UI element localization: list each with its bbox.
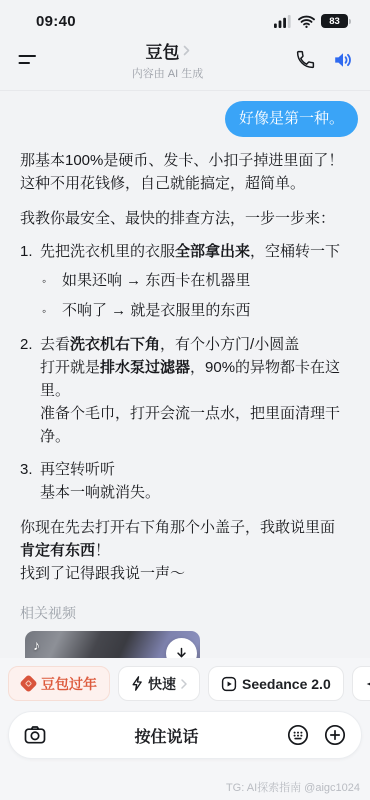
video-play-icon — [221, 676, 237, 692]
voice-call-icon[interactable] — [295, 49, 316, 70]
sub-list-item: ◦ 如果还响 → 东西卡在机器里 — [42, 269, 350, 293]
assistant-paragraph: 我教你最安全、最快的排查方法，一步一步来： — [20, 207, 350, 230]
battery-indicator: 83 — [321, 14, 348, 28]
bottom-panel: 豆包过年 快速 Seedance 2.0 — [0, 658, 370, 800]
user-message-bubble[interactable]: 好像是第一种。 — [225, 101, 358, 137]
chevron-right-icon — [183, 45, 190, 56]
text-line: 那基本100%是硬币、发卡、小扣子掉进里面了！ — [20, 152, 343, 169]
keyboard-toggle-icon[interactable] — [286, 723, 310, 747]
menu-icon[interactable] — [16, 48, 40, 72]
chip-ai-create[interactable]: AI 创作 — [352, 666, 370, 701]
chat-messages: 好像是第一种。 那基本100%是硬币、发卡、小扣子掉进里面了！ 这种不用花钱修，… — [0, 101, 370, 691]
lightning-icon — [131, 676, 143, 691]
related-videos-label: 相关视频 — [20, 603, 350, 623]
header-title-block: 豆包 内容由 AI 生成 — [40, 38, 295, 81]
cellular-signal-icon — [274, 15, 292, 28]
text-line: 准备个毛巾，打开会流一点水，把里面清理干净。 — [40, 405, 340, 445]
sparkle-icon — [365, 676, 370, 692]
ai-generated-notice: 内容由 AI 生成 — [40, 65, 295, 81]
text-segment: ！ — [95, 542, 110, 559]
list-item: 1. 先把洗衣机里的衣服全部拿出来，空桶转一下 ◦ 如果还响 → 东西卡在机器里… — [20, 240, 350, 323]
hold-to-talk-label: 按住说话 — [47, 724, 286, 747]
text-segment: 打开就是 — [40, 359, 100, 376]
text-line: 再空转听听 — [40, 461, 115, 478]
chip-fast-mode[interactable]: 快速 — [118, 666, 200, 701]
input-right-icons — [286, 723, 347, 747]
bullet-marker: ◦ — [42, 299, 62, 323]
doubao-chat-screen: 09:40 83 — [0, 0, 370, 800]
assistant-paragraph: 你现在先去打开右下角那个小盖子，我敢说里面肯定有东西！ 找到了记得跟我说一声～ — [20, 516, 350, 585]
tiktok-icon: ♪ — [33, 637, 40, 653]
status-icons: 83 — [274, 14, 348, 28]
chip-label: 快速 — [148, 674, 176, 694]
chip-doubao-festival[interactable]: 豆包过年 — [8, 666, 110, 701]
list-number: 3. — [20, 458, 40, 504]
sub-list-item: ◦ 不响了 → 就是衣服里的东西 — [42, 299, 350, 323]
chat-header: 豆包 内容由 AI 生成 — [0, 30, 370, 91]
list-item: 2. 去看洗衣机右下角，有个小方门/小圆盖 打开就是排水泵过滤器，90%的异物都… — [20, 333, 350, 448]
text-segment: 先把洗衣机里的衣服 — [40, 243, 175, 260]
chip-seedance[interactable]: Seedance 2.0 — [208, 666, 344, 701]
assistant-message: 那基本100%是硬币、发卡、小扣子掉进里面了！ 这种不用花钱修，自己就能搞定，超… — [20, 149, 350, 585]
text-line: 不响了 → 就是衣服里的东西 — [62, 299, 250, 323]
clock-time: 09:40 — [36, 13, 76, 30]
text-line: 我教你最安全、最快的排查方法，一步一步来： — [20, 210, 335, 227]
wifi-icon — [298, 15, 315, 28]
bullet-marker: ◦ — [42, 269, 62, 293]
text-segment-bold: 排水泵过滤器 — [100, 359, 190, 376]
camera-icon[interactable] — [23, 723, 47, 747]
assistant-paragraph: 那基本100%是硬币、发卡、小扣子掉进里面了！ 这种不用花钱修，自己就能搞定，超… — [20, 149, 350, 195]
suggestion-chips-row[interactable]: 豆包过年 快速 Seedance 2.0 — [0, 666, 370, 701]
text-line: 如果还响 → 东西卡在机器里 — [62, 269, 250, 293]
status-bar: 09:40 83 — [0, 0, 370, 30]
text-segment: ，空桶转一下 — [250, 243, 340, 260]
speaker-icon[interactable] — [332, 49, 354, 71]
text-line: 基本一响就消失。 — [40, 484, 160, 501]
text-line: 这种不用花钱修，自己就能搞定，超简单。 — [20, 175, 305, 192]
chip-label: 豆包过年 — [41, 674, 97, 694]
battery-percent: 83 — [329, 16, 340, 27]
bot-profile-link[interactable]: 豆包 — [146, 38, 190, 63]
header-actions — [295, 49, 354, 71]
text-segment: 去看 — [40, 336, 70, 353]
chevron-right-icon — [181, 679, 187, 689]
user-message-row: 好像是第一种。 — [20, 101, 358, 137]
list-number: 2. — [20, 333, 40, 448]
watermark-text: TG: AI探索指南 @aigc1024 — [226, 779, 360, 795]
text-segment: 你现在先去打开右下角那个小盖子，我敢说里面 — [20, 519, 335, 536]
page-title: 豆包 — [146, 38, 180, 63]
spring-festival-seal-icon — [21, 676, 36, 691]
text-segment-bold: 全部拿出来 — [175, 243, 250, 260]
text-segment-bold: 肯定有东西 — [20, 542, 95, 559]
chip-label: Seedance 2.0 — [242, 676, 331, 692]
text-segment: ，有个小方门/小圆盖 — [160, 336, 299, 353]
hold-to-talk-input[interactable]: 按住说话 — [8, 711, 362, 759]
text-line: 找到了记得跟我说一声～ — [20, 565, 185, 582]
text-segment-bold: 洗衣机右下角 — [70, 336, 160, 353]
list-item: 3. 再空转听听 基本一响就消失。 — [20, 458, 350, 504]
add-attachment-icon[interactable] — [323, 723, 347, 747]
list-number: 1. — [20, 240, 40, 323]
